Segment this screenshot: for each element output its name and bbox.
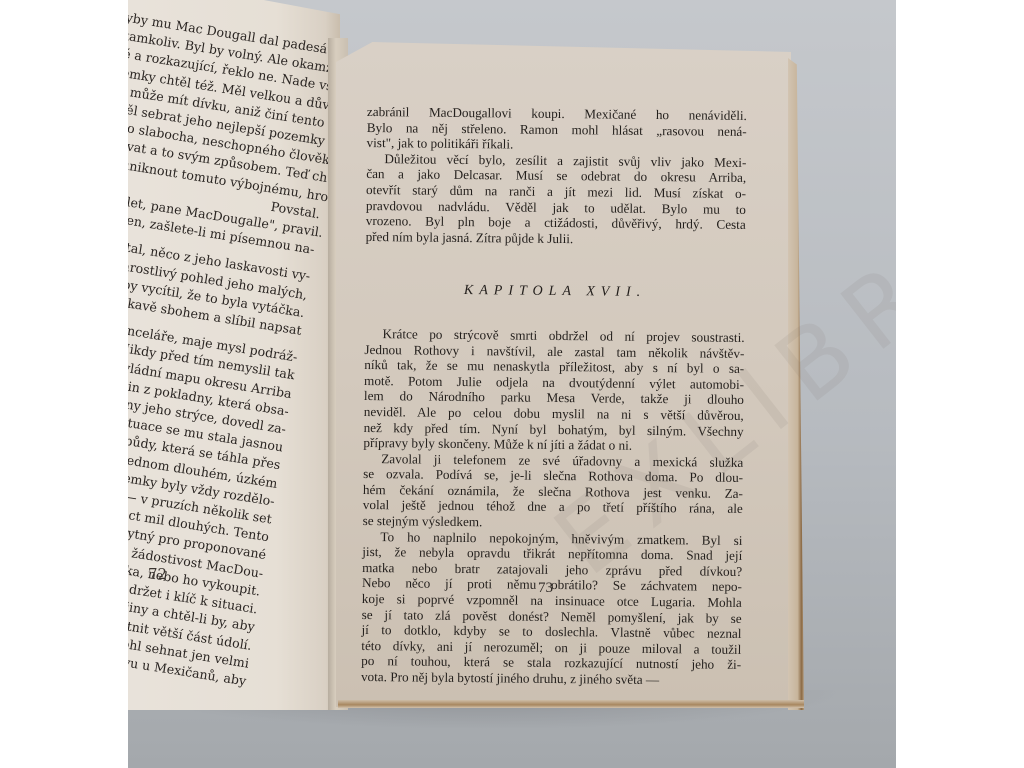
book-photo: Kdyby mu Mac Dougall dal padesát tisíc,l… <box>128 0 896 768</box>
left-page-text: Kdyby mu Mac Dougall dal padesát tisíc,l… <box>128 6 347 691</box>
right-page-number: 73 <box>538 580 553 597</box>
chapter-heading: KAPITOLA XVII. <box>365 282 745 302</box>
left-page: Kdyby mu Mac Dougall dal padesát tisíc,l… <box>128 0 340 710</box>
left-page-number: 72 <box>148 565 167 583</box>
page-bottom-edge <box>338 700 804 708</box>
